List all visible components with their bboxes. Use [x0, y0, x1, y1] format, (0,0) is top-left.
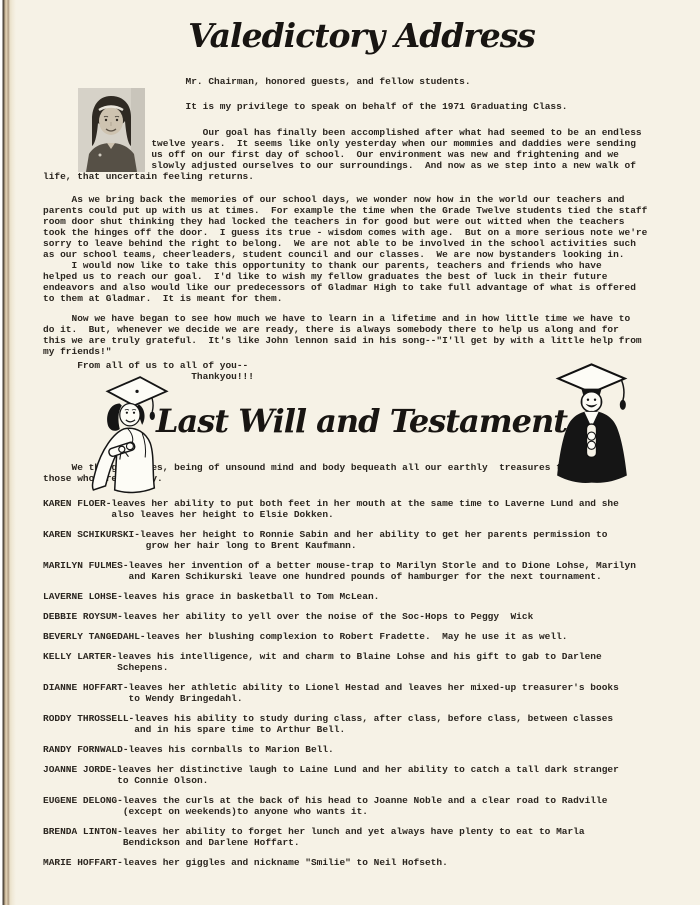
yearbook-page: Valedictory Address Mr. Chairman, honore… — [0, 0, 700, 905]
speech-paragraph-memories: As we bring back the memories of our sch… — [43, 194, 680, 304]
will-item: RODDY THROSSELL-leaves his ability to st… — [43, 713, 680, 735]
will-item: EUGENE DELONG-leaves the curls at the ba… — [43, 795, 680, 817]
will-item: MARIE HOFFART-leaves her giggles and nic… — [43, 857, 680, 868]
will-item: KELLY LARTER-leaves his intelligence, wi… — [43, 651, 680, 673]
speech-paragraph-learn: Now we have began to see how much we hav… — [43, 313, 680, 357]
book-spine-edge — [0, 0, 16, 905]
will-item: DIANNE HOFFART-leaves her athletic abili… — [43, 682, 680, 704]
will-item: BEVERLY TANGEDAHL-leaves her blushing co… — [43, 631, 680, 642]
valedictory-speech: Mr. Chairman, honored guests, and fellow… — [43, 76, 680, 382]
will-item: JOANNE JORDE-leaves her distinctive laug… — [43, 764, 680, 786]
speech-salutation: Mr. Chairman, honored guests, and fellow… — [43, 76, 680, 87]
will-item: KAREN FLOER-leaves her ability to put bo… — [43, 498, 680, 520]
last-will-heading-block: Last Will and Testament — [43, 382, 680, 462]
valedictory-address-title: Valedictory Address — [43, 0, 680, 76]
will-item: RANDY FORNWALD-leaves his cornballs to M… — [43, 744, 680, 755]
will-item: KAREN SCHIKURSKI-leaves her height to Ro… — [43, 529, 680, 551]
boy-graduate-cartoon — [544, 360, 640, 484]
will-item: MARILYN FULMES-leaves her invention of a… — [43, 560, 680, 582]
speech-paragraph-goal: Our goal has finally been accomplished a… — [43, 127, 680, 182]
will-item: BRENDA LINTON-leaves her ability to forg… — [43, 826, 680, 848]
speech-privilege-line: It is my privilege to speak on behalf of… — [43, 101, 680, 112]
girl-graduate-cartoon — [83, 370, 185, 494]
will-item: DEBBIE ROYSUM-leaves her ability to yell… — [43, 611, 680, 622]
will-items-list: KAREN FLOER-leaves her ability to put bo… — [43, 498, 680, 868]
will-item: LAVERNE LOHSE-leaves his grace in basket… — [43, 591, 680, 602]
